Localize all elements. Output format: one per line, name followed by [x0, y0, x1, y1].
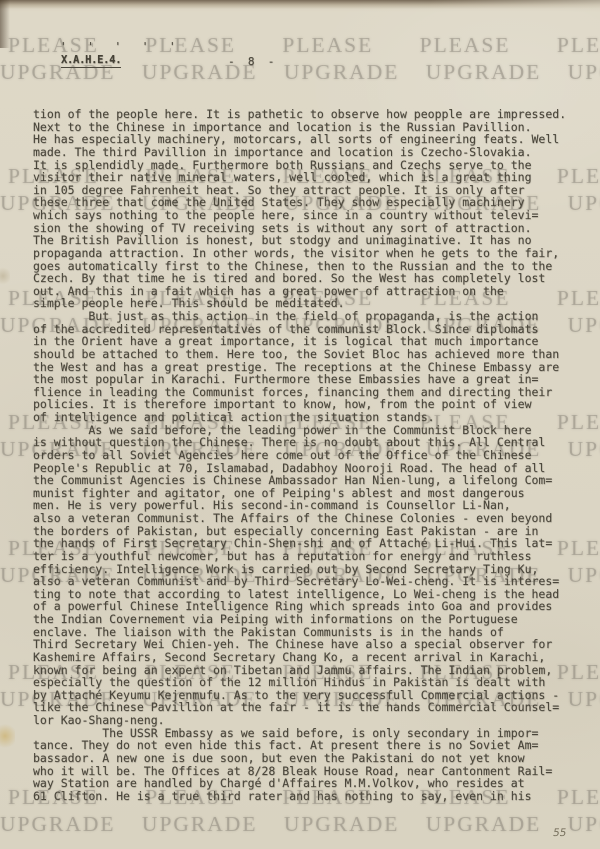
typed-text-line: Third Secretary Wei Chien-yeh. The Chine…: [33, 638, 566, 651]
typed-text-line: But just as this action in the field of …: [33, 310, 566, 323]
typed-text-line: especially the question of the 12 millio…: [33, 676, 566, 689]
scanned-document-page: PLEASE PLEASE PLEASE PLEASE PLEASEUPGRAD…: [0, 0, 600, 849]
typed-text-line: Kashemire Affairs, Second Secretary Chan…: [33, 651, 566, 664]
typed-text-line: in the Orient have a great importance, i…: [33, 335, 566, 348]
typed-text-line: tance. They do not even hide this fact. …: [33, 739, 566, 752]
archive-page-annotation: 55: [552, 827, 567, 839]
typed-text-line: ter is a youthful newcomer, but has a re…: [33, 550, 566, 563]
typed-text-line: propaganda attraction. In other words, t…: [33, 247, 566, 260]
scan-edge-top-fade: [430, 0, 600, 9]
watermark-upgrade-line: UPGRADE UPGRADE UPGRADE UPGRADE UPGRADE: [0, 812, 600, 836]
typed-text-line: also a veteran Communist. The Affairs of…: [33, 512, 566, 525]
typed-text-line: Czech. By that time he is tired and bore…: [33, 272, 566, 285]
typed-text-line: The British Pavillion is honest, but sto…: [33, 234, 566, 247]
paper-stain: [0, 722, 15, 750]
typed-text-line: also a veteran Communist and by Third Se…: [33, 575, 566, 588]
page-number: - 8 -: [228, 55, 274, 68]
typed-text-line: is without question the Chinese. There i…: [33, 436, 566, 449]
typed-text-line: 61 Clifton. He is a true third rater and…: [33, 790, 566, 803]
document-reference: X.A.H.E.4.: [61, 54, 121, 68]
typed-text-line: which says nothing to the people here, s…: [33, 209, 566, 222]
typed-text-line: He has especially machinery, motorcars, …: [33, 133, 566, 146]
typed-text-line: the most popular in Karachi. Furthermore…: [33, 373, 566, 386]
typed-text-line: lor Kao-Shang-neng.: [33, 714, 566, 727]
body-text: tion of the people here. It is pathetic …: [33, 108, 566, 802]
typed-text-line: the hands of First Secretary Chin-Shen-s…: [33, 537, 566, 550]
typed-text-line: the Communist Agencies is Chinese Ambass…: [33, 474, 566, 487]
typed-text-line: made. The third Pavillion in importance …: [33, 146, 566, 159]
paper-stain: [0, 266, 10, 286]
typed-text-line: should be attached to them. Here too, th…: [33, 348, 566, 361]
typed-tick-marks: ' ' ' ' ': [60, 40, 183, 53]
typed-text-line: the Indian Covernement via Peiping with …: [33, 613, 566, 626]
typed-text-line: orders to all Soviet Agencies here come …: [33, 449, 566, 462]
typed-text-line: visitor their native mineral waters, wel…: [33, 171, 566, 184]
typed-text-line: tion of the people here. It is pathetic …: [33, 108, 566, 121]
typed-text-line: bassador. A new one is due soon, but eve…: [33, 752, 566, 765]
scan-corner-top-left: [0, 0, 10, 48]
typed-text-line: way Station are handled by Chargé d'Affa…: [33, 777, 566, 790]
typed-text-line: of intelligence and political action the…: [33, 411, 566, 424]
